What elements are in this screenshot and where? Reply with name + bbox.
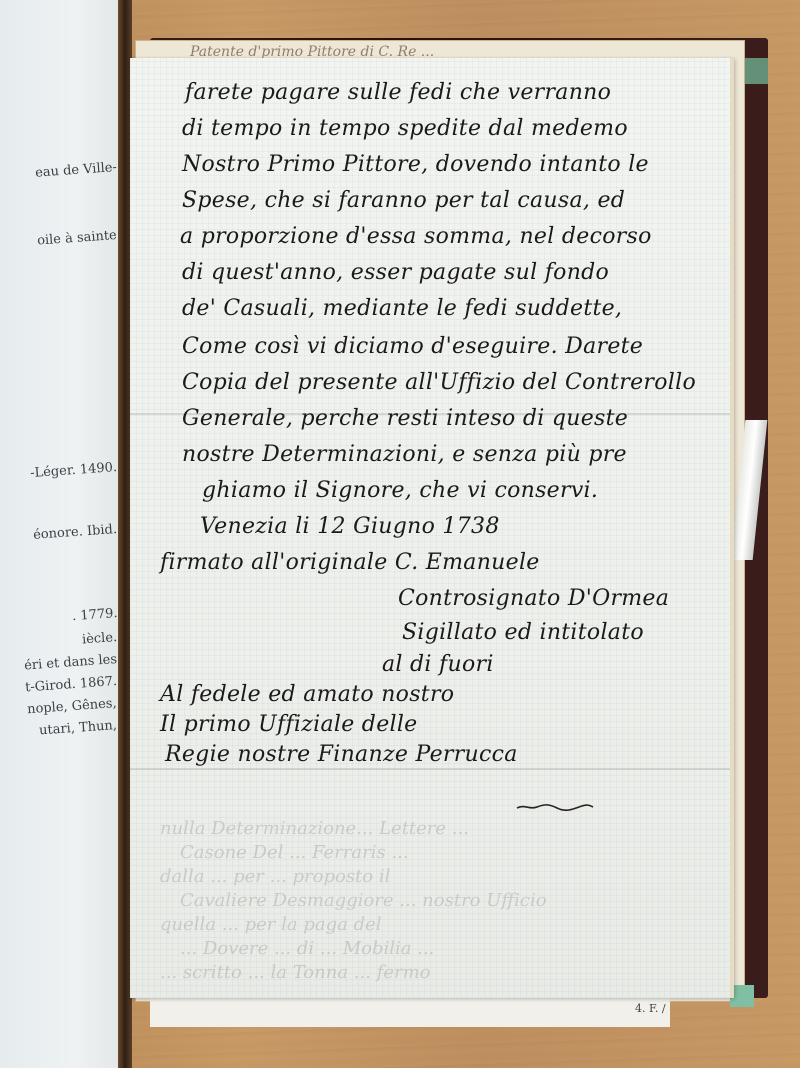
- handwritten-line: Come così vi diciamo d'eseguire. Darete: [182, 334, 643, 359]
- printed-text-line: oile à sainte: [37, 228, 118, 249]
- handwritten-line: Venezia li 12 Giugno 1738: [200, 514, 500, 539]
- handwritten-line: Al fedele ed amato nostro: [160, 682, 454, 707]
- bleed-through-text: dalla ... per ... proposto il: [160, 866, 390, 887]
- printed-text-line: -Léger. 1490.: [30, 460, 118, 481]
- handwritten-line: farete pagare sulle fedi che verranno: [185, 80, 611, 105]
- handwritten-line: Nostro Primo Pittore, dovendo intanto le: [182, 152, 649, 177]
- handwritten-line: di quest'anno, esser pagate sul fondo: [182, 260, 609, 285]
- handwritten-line: Regie nostre Finanze Perrucca: [165, 742, 518, 767]
- handwritten-line: Il primo Uffiziale delle: [160, 712, 418, 737]
- bleed-through-text: nulla Determinazione... Lettere ...: [160, 818, 469, 839]
- handwritten-line: Spese, che si faranno per tal causa, ed: [182, 188, 625, 213]
- handwritten-line: Controsignato D'Ormea: [398, 586, 669, 611]
- handwritten-line: Copia del presente all'Uffizio del Contr…: [182, 370, 696, 395]
- handwritten-line: al di fuori: [382, 652, 494, 677]
- manuscript-page: nulla Determinazione... Lettere ... Caso…: [130, 58, 734, 998]
- handwritten-line: firmato all'originale C. Emanuele: [160, 550, 540, 575]
- handwritten-line: Sigillato ed intitolato: [402, 620, 644, 645]
- handwritten-line: de' Casuali, mediante le fedi suddette,: [182, 296, 622, 321]
- printed-text-line: éonore. Ibid.: [33, 522, 118, 543]
- printed-text-line: eau de Ville-: [35, 160, 118, 181]
- printed-text-line: utari, Thun,: [39, 718, 118, 738]
- handwritten-line: ghiamo il Signore, che vi conservi.: [202, 478, 598, 503]
- printed-text-line: . 1779.: [71, 606, 117, 624]
- bleed-through-text: Cavaliere Desmaggiore ... nostro Ufficio: [180, 890, 547, 911]
- bleed-through-text: Casone Del ... Ferraris ...: [180, 842, 409, 863]
- handwritten-line: nostre Determinazioni, e senza più pre: [182, 442, 627, 467]
- handwritten-line: a proporzione d'essa somma, nel decorso: [180, 224, 652, 249]
- printed-text-line: éri et dans les: [24, 652, 118, 673]
- handwritten-line: di tempo in tempo spedite dal medemo: [182, 116, 628, 141]
- bleed-through-text: ... Dovere ... di ... Mobilia ...: [180, 938, 434, 959]
- underlying-sheet-bottom-strip: [150, 995, 670, 1027]
- left-printed-page: eau de Ville-oile à sainte-Léger. 1490.é…: [0, 0, 125, 1068]
- page-fold-line: [130, 768, 730, 770]
- printed-text-line: t-Girod. 1867.: [25, 674, 118, 695]
- bleed-through-text: quella ... per la paga del: [160, 914, 382, 935]
- printed-text-line: iècle.: [81, 630, 117, 647]
- binding-corner-tape-top: [742, 58, 768, 84]
- underlying-sheet-note: 4. F. /: [635, 1002, 666, 1015]
- bleed-through-text: ... scritto ... la Tonna ... fermo: [160, 962, 430, 983]
- handwritten-line: Generale, perche resti inteso di queste: [182, 406, 628, 431]
- closing-flourish-icon: [515, 803, 595, 811]
- printed-text-line: nople, Gênes,: [27, 696, 117, 717]
